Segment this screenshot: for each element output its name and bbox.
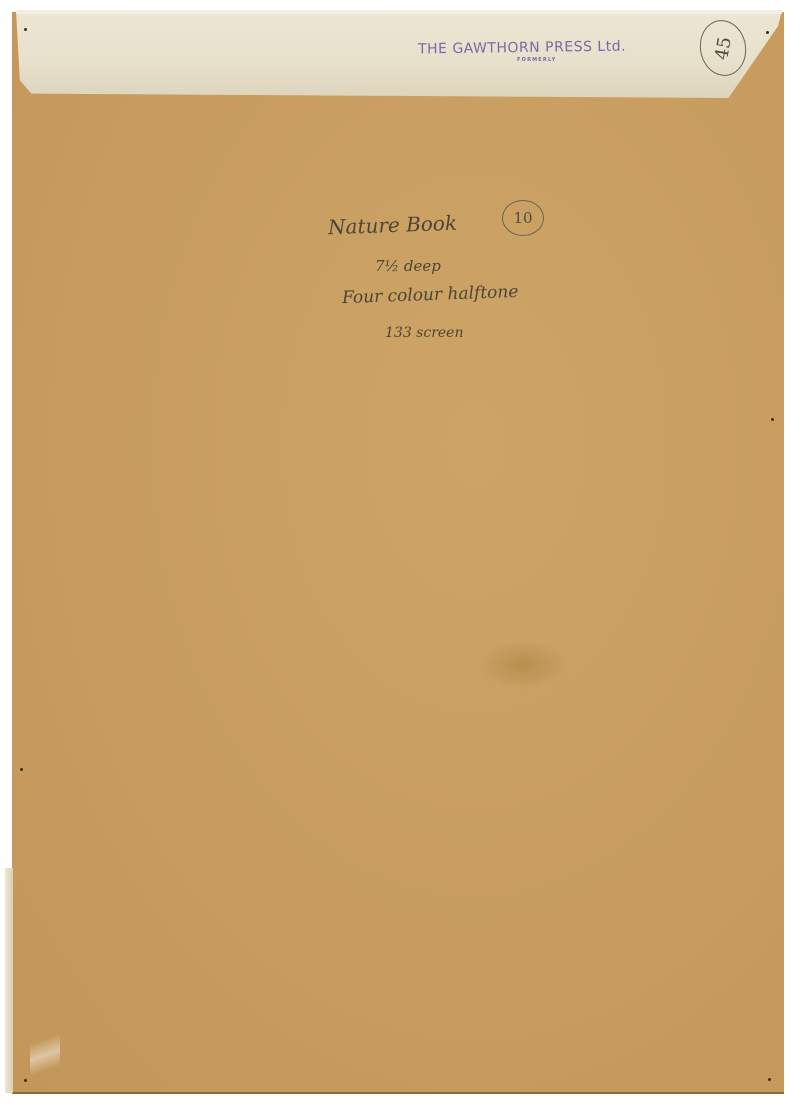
annotation-depth: 7½ deep bbox=[375, 257, 441, 275]
pin-dot bbox=[771, 418, 774, 421]
annotation-screen: 133 screen bbox=[385, 325, 463, 341]
printer-stamp: THE GAWTHORN PRESS Ltd. bbox=[418, 39, 626, 58]
circled-number-10: 10 bbox=[502, 200, 544, 236]
annotation-title: Nature Book bbox=[328, 211, 458, 239]
stain bbox=[478, 640, 568, 690]
cardboard-backing bbox=[12, 12, 784, 1092]
circled-number-45-text: 45 bbox=[711, 35, 736, 61]
tape-edge bbox=[16, 10, 782, 14]
left-edge-strip bbox=[5, 868, 13, 1093]
pin-dot bbox=[24, 1079, 27, 1082]
circled-number-10-text: 10 bbox=[513, 209, 532, 227]
pin-dot bbox=[766, 31, 769, 34]
pin-dot bbox=[768, 1078, 771, 1081]
label-tape bbox=[16, 10, 782, 98]
pin-dot bbox=[24, 28, 27, 31]
printer-stamp-sub: FORMERLY bbox=[517, 57, 556, 63]
scuff-mark bbox=[30, 1020, 60, 1090]
pin-dot bbox=[20, 768, 23, 771]
